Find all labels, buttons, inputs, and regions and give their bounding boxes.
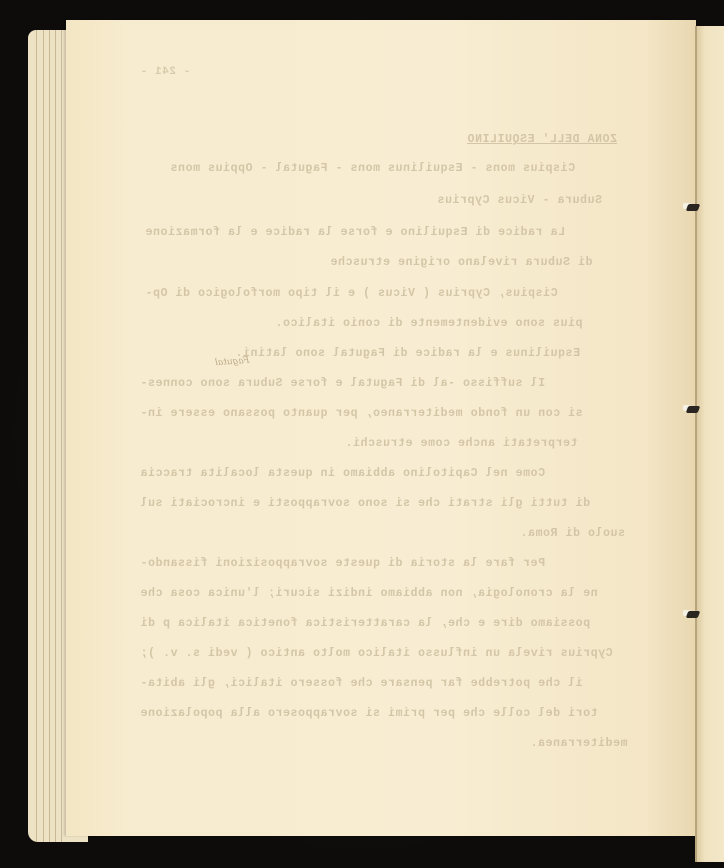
text-line: mediterranea. [530, 737, 628, 750]
page-number: - 241 - [140, 66, 190, 78]
text-line: Esquilinus e la radice di Fagutal sono l… [235, 347, 580, 360]
text-line: Cispius, Cyprius ( Vicus ) e il tipo mor… [145, 287, 558, 300]
text-line: Per fare la storia di queste sovrapposiz… [140, 557, 545, 570]
text-line: possiamo dire e che, la caratteristica f… [140, 617, 590, 630]
text-line: suolo di Roma. [520, 527, 625, 540]
text-line: il che potrebbe far pensare che fossero … [140, 677, 583, 690]
text-line: di tutti gli strati che si sono sovrappo… [140, 497, 590, 510]
text-line: Cyprius rivela un influsso italico molto… [140, 647, 613, 660]
text-line: La radice di Esquilino e forse la radice… [145, 226, 565, 239]
text-line: tori del colle che per primi si sovrappo… [140, 707, 598, 720]
text-line: di Subura rivelano origine etrusche [330, 256, 593, 269]
text-line: pius sono evidentemente di conio italico… [275, 317, 583, 330]
text-line: si con un fondo mediterraneo, per quanto… [140, 407, 583, 420]
text-line: terpretati anche come etruschi. [345, 437, 578, 450]
text-line: Il suffisso -al di Fagutal e forse Subur… [140, 377, 545, 390]
text-line: ne la cronologia, non abbiamo indizi sic… [140, 587, 598, 600]
text-line: Cispius mons - Esquilinus mons - Fagutal… [170, 162, 575, 175]
handwritten-annotation: Fagutal [215, 356, 250, 368]
text-line: Come nel Capitolino abbiamo in questa lo… [140, 467, 545, 480]
show-through-text: - 241 - ZONA DELL' ESQUILINO Cispius mon… [0, 0, 724, 868]
section-title: ZONA DELL' ESQUILINO [467, 133, 617, 146]
text-line: Subura - Vicus Cyprius [437, 194, 602, 207]
